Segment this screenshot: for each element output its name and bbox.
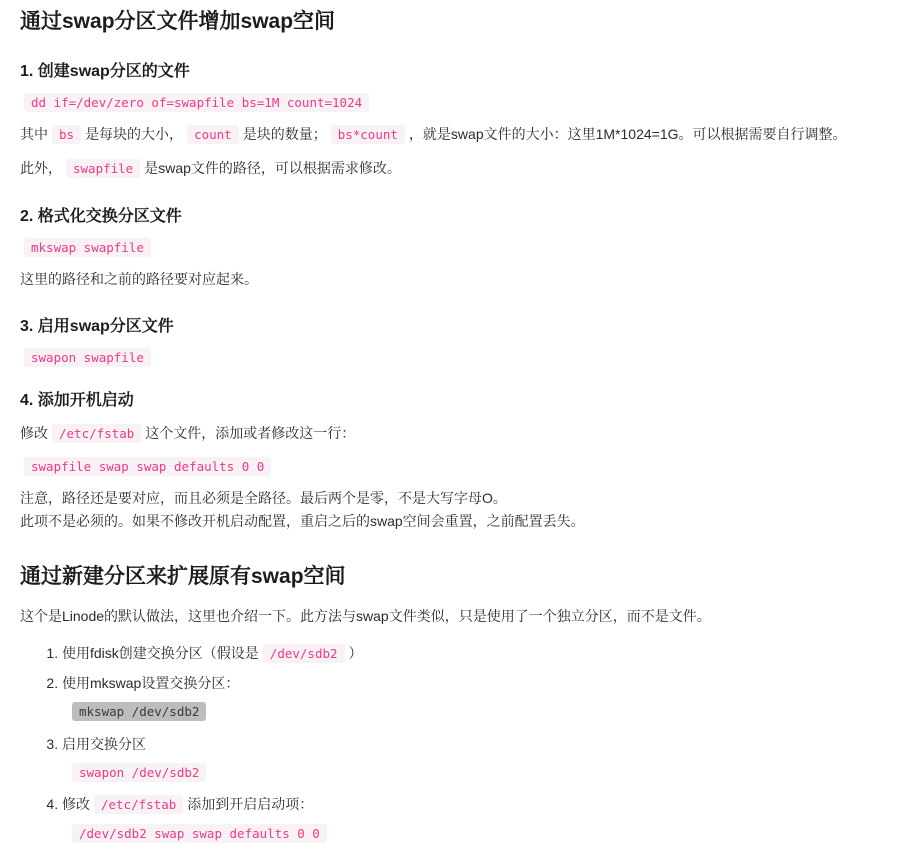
code-mkswap: mkswap swapfile: [24, 238, 151, 257]
code-fstab-sdb2-entry: /dev/sdb2 swap swap defaults 0 0: [72, 824, 327, 843]
text-segment: 修改: [62, 796, 90, 812]
text-segment: 是块的数量；: [243, 126, 327, 142]
code-swapon-sdb2: swapon /dev/sdb2: [72, 763, 206, 782]
step-3-heading: 3. 启用swap分区文件: [20, 313, 886, 336]
code-swapon-line: swapon swapfile: [20, 349, 886, 365]
step-4-heading: 4. 添加开机启动: [20, 387, 886, 410]
text-segment: 使用mkswap设置交换分区：: [62, 675, 239, 691]
text-segment: 这个文件，添加或者修改这一行：: [145, 425, 355, 441]
code-swapon: swapon swapfile: [24, 348, 151, 367]
list-item-fstab: 修改/etc/fstab添加到开启启动项： /dev/sdb2 swap swa…: [62, 793, 886, 844]
text-segment: 添加到开启启动项：: [187, 796, 313, 812]
text-segment: 此外，: [20, 160, 62, 176]
inline-code-bs-count: bs*count: [331, 125, 405, 144]
step-1-heading: 1. 创建swap分区的文件: [20, 58, 886, 81]
code-mkswap-sdb2-selected: mkswap /dev/sdb2: [72, 702, 206, 721]
step-2-heading: 2. 格式化交换分区文件: [20, 203, 886, 226]
text-segment: 是swap文件的路径，可以根据需求修改。: [144, 160, 401, 176]
inline-code-bs: bs: [52, 125, 81, 144]
code-fstab-sdb2-line: /dev/sdb2 swap swap defaults 0 0: [68, 822, 886, 844]
text-segment: 启用交换分区: [62, 736, 146, 752]
text-segment: ）: [349, 645, 363, 661]
note-line-path: 注意，路径还是要对应，而且必须是全路径。最后两个是零，不是大写字母O。: [20, 487, 886, 510]
article-page: { "colors": { "accent_pink": "#f0388c", …: [0, 0, 908, 864]
inline-code-etc-fstab-2: /etc/fstab: [94, 795, 183, 814]
partition-steps-list: 使用fdisk创建交换分区（假设是/dev/sdb2） 使用mkswap设置交换…: [20, 642, 886, 844]
list-item-fdisk: 使用fdisk创建交换分区（假设是/dev/sdb2）: [62, 642, 886, 664]
inline-code-swapfile: swapfile: [66, 159, 140, 178]
code-mkswap-sdb2-line: mkswap /dev/sdb2: [68, 700, 886, 722]
paragraph-edit-fstab: 修改/etc/fstab这个文件，添加或者修改这一行：: [20, 422, 886, 445]
section-title-swapfile: 通过swap分区文件增加swap空间: [20, 8, 886, 36]
list-item-mkswap: 使用mkswap设置交换分区： mkswap /dev/sdb2: [62, 672, 886, 723]
note-line-optional: 此项不是必须的。如果不修改开机启动配置，重启之后的swap空间会重置，之前配置丢…: [20, 510, 886, 533]
code-swapon-sdb2-line: swapon /dev/sdb2: [68, 761, 886, 783]
code-dd-command-line: dd if=/dev/zero of=swapfile bs=1M count=…: [20, 94, 886, 110]
section-title-partition: 通过新建分区来扩展原有swap空间: [20, 563, 886, 591]
list-item-swapon: 启用交换分区 swapon /dev/sdb2: [62, 733, 886, 784]
code-fstab-entry: swapfile swap swap defaults 0 0: [24, 457, 271, 476]
text-segment: 使用fdisk创建交换分区（假设是: [62, 645, 259, 661]
paragraph-linode-intro: 这个是Linode的默认做法，这里也介绍一下。此方法与swap文件类似，只是使用…: [20, 605, 886, 628]
paragraph-notes: 注意，路径还是要对应，而且必须是全路径。最后两个是零，不是大写字母O。 此项不是…: [20, 487, 886, 533]
inline-code-count: count: [187, 125, 239, 144]
text-segment: ，就是swap文件的大小：这里1M*1024=1G。可以根据需要自行调整。: [409, 126, 847, 142]
code-fstab-entry-line: swapfile swap swap defaults 0 0: [20, 458, 886, 474]
paragraph-bs-count: 其中bs是每块的大小，count是块的数量；bs*count，就是swap文件的…: [20, 123, 886, 146]
inline-code-dev-sdb2: /dev/sdb2: [263, 644, 345, 663]
text-segment: 修改: [20, 425, 48, 441]
paragraph-path-match: 这里的路径和之前的路径要对应起来。: [20, 268, 886, 291]
code-mkswap-line: mkswap swapfile: [20, 239, 886, 255]
code-dd-command: dd if=/dev/zero of=swapfile bs=1M count=…: [24, 93, 369, 112]
text-segment: 是每块的大小，: [85, 126, 183, 142]
text-segment: 其中: [20, 126, 48, 142]
inline-code-etc-fstab: /etc/fstab: [52, 424, 141, 443]
article: 通过swap分区文件增加swap空间 1. 创建swap分区的文件 dd if=…: [20, 8, 886, 844]
paragraph-swapfile-path: 此外，swapfile是swap文件的路径，可以根据需求修改。: [20, 157, 886, 180]
